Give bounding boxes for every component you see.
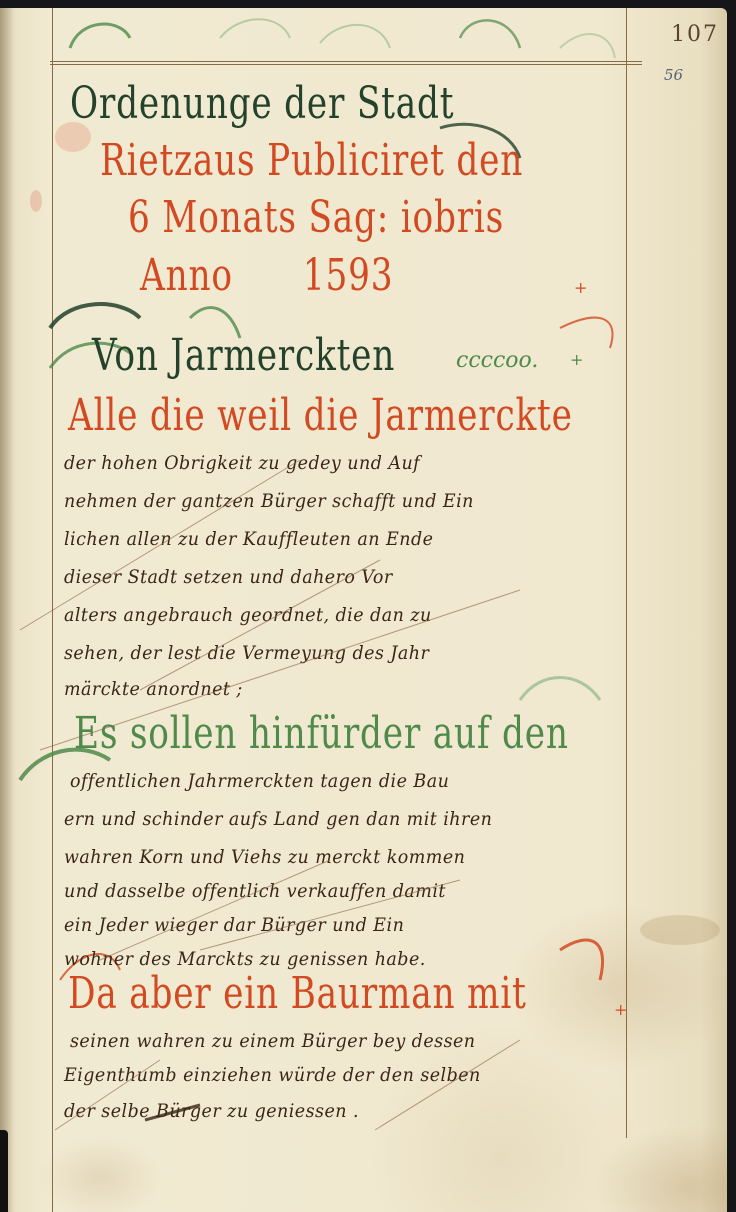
red-stain-small: [30, 190, 42, 212]
section-1-line-5: alters angebrauch geordnet, die dan zu: [64, 604, 432, 626]
section-2-line-3: wahren Korn und Viehs zu merckt kommen: [64, 846, 465, 868]
top-rule-1: [50, 61, 642, 62]
section-3-line-2: Eigenthumb einziehen würde der den selbe…: [64, 1064, 481, 1086]
section-2-line-1: offentlichen Jahrmerckten tagen die Bau: [70, 770, 449, 792]
section-1-line-2: nehmen der gantzen Bürger schafft und Ei…: [64, 490, 474, 512]
left-margin-rule: [52, 8, 53, 1212]
section-1-line-6: sehen, der lest die Vermeyung des Jahr: [64, 642, 429, 664]
top-rule-2: [50, 64, 642, 65]
title-line-3: 6 Monats Sag: iobris: [128, 192, 504, 243]
title-mark: +: [574, 278, 587, 297]
right-margin-rule: [626, 8, 627, 1138]
book-spine-edge: [0, 1130, 8, 1212]
section-2-line-6: wohner des Marckts zu genissen habe.: [64, 948, 426, 970]
section-3-heading: Da aber ein Baurman mit: [68, 968, 527, 1019]
section-3-line-3: der selbe Bürger zu geniessen .: [64, 1100, 359, 1122]
section-1-flourish: ccccoo.: [456, 348, 538, 373]
gutter-shadow: [0, 8, 14, 1212]
secondary-folio-number: 56: [664, 66, 683, 84]
section-2-line-4: und dasselbe offentlich verkauffen damit: [64, 880, 446, 902]
folio-number: 107: [671, 22, 719, 47]
section-2-line-5: ein Jeder wieger dar Bürger und Ein: [64, 914, 404, 936]
title-line-1: Ordenunge der Stadt: [70, 78, 454, 129]
section-1-line-3: lichen allen zu der Kauffleuten an Ende: [64, 528, 433, 550]
section-1-mark: +: [570, 350, 583, 369]
section-1-line-4: dieser Stadt setzen und dahero Vor: [64, 566, 393, 588]
water-stain: [640, 915, 720, 945]
section-1-line-1: der hohen Obrigkeit zu gedey und Auf: [64, 452, 420, 474]
section-1-subheading: Alle die weil die Jarmerckte: [68, 390, 573, 441]
section-2-heading: Es sollen hinfürder auf den: [74, 708, 569, 759]
section-1-heading: Von Jarmerckten: [92, 330, 395, 381]
title-line-2: Rietzaus Publiciret den: [100, 135, 523, 186]
title-line-4: Anno 1593: [140, 250, 393, 301]
section-3-mark: +: [614, 1000, 627, 1019]
section-1-line-7: märckte anordnet ;: [64, 678, 243, 700]
section-3-line-1: seinen wahren zu einem Bürger bey dessen: [70, 1030, 476, 1052]
section-2-line-2: ern und schinder aufs Land gen dan mit i…: [64, 808, 492, 830]
